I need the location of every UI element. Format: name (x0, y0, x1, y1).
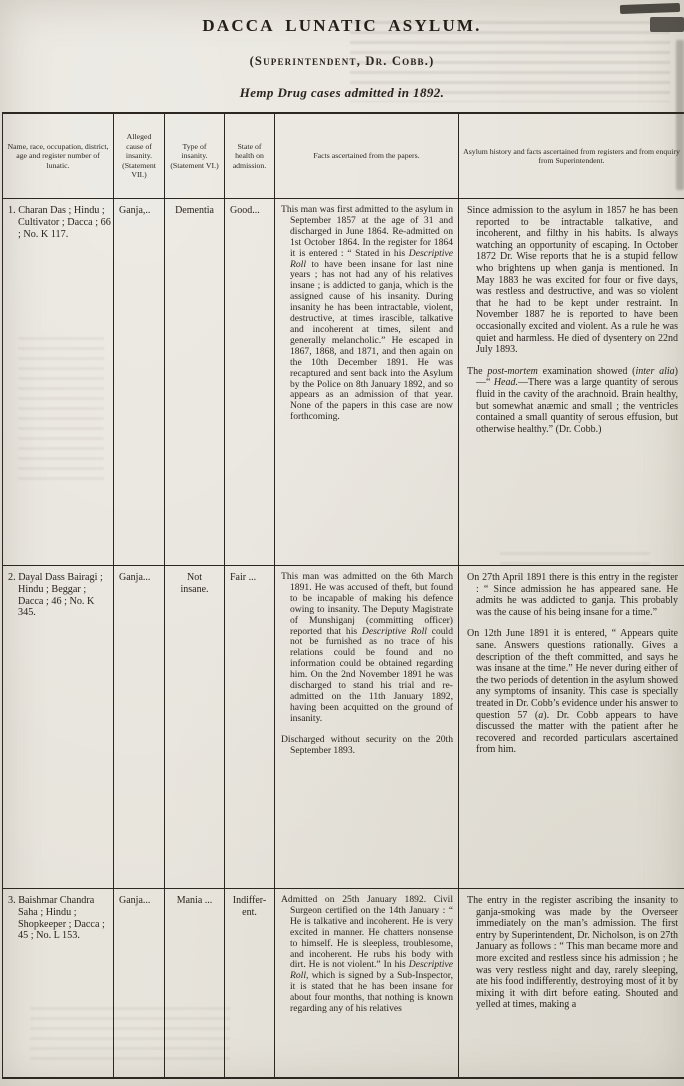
text-run: Discharged without security on the 20th … (281, 734, 453, 756)
cell-facts: Admitted on 25th January 1892. Civil Sur… (275, 889, 459, 1077)
cell-cause: Ganja... (114, 889, 165, 1077)
table-row-case-3: 3. Baishmar Chandra Saha ; Hindu ; Shopk… (3, 889, 684, 1077)
cell-facts: This man was first admitted to the asylu… (275, 199, 459, 565)
cell-type: Not insane. (165, 566, 225, 888)
case-table: Name, race, occupation, district, age an… (2, 112, 684, 1079)
cell-cause: Ganja,.. (114, 199, 165, 565)
italic-text: post-mortem (487, 366, 538, 377)
header-name-race-occupation: Name, race, occupation, district, age an… (3, 114, 114, 198)
header-asylum-history: Asylum history and facts ascertained fro… (459, 114, 684, 198)
header-facts-ascertained: Facts ascertained from the papers. (275, 114, 459, 198)
italic-text: inter alia (635, 366, 674, 377)
cell-name: 1. Charan Das ; Hindu ; Cultivator ; Dac… (3, 199, 114, 565)
header-type-of-insanity: Type of insanity. (Statement VI.) (165, 114, 225, 198)
paragraph: The post-mortem examination showed (inte… (467, 366, 678, 436)
paragraph: This man was admitted on the 6th March 1… (281, 572, 453, 725)
header-alleged-cause: Alleged cause of insanity. (Statement VI… (114, 114, 165, 198)
text-run: Since admission to the asylum in 1857 he… (467, 205, 678, 355)
italic-text: Head. (494, 377, 518, 388)
text-run: , which is signed by a Sub-Inspector, it… (290, 970, 453, 1014)
cell-cause: Ganja... (114, 566, 165, 888)
text-run: to have been insane for last nine years … (290, 259, 453, 423)
italic-text: Descriptive Roll (362, 626, 427, 637)
paragraph: Discharged without security on the 20th … (281, 735, 453, 757)
page-caption: Hemp Drug cases admitted in 1892. (0, 85, 684, 101)
table-row-case-1: 1. Charan Das ; Hindu ; Cultivator ; Dac… (3, 199, 684, 566)
cell-health: Indiffer- ent. (225, 889, 275, 1077)
paragraph: On 27th April 1891 there is this entry i… (467, 572, 678, 618)
paragraph: On 12th June 1891 it is entered, “ Appea… (467, 628, 678, 756)
page-subtitle: (Superintendent, Dr. Cobb.) (0, 54, 684, 69)
cell-name: 3. Baishmar Chandra Saha ; Hindu ; Shopk… (3, 889, 114, 1077)
header-state-of-health: State of health on admission. (225, 114, 275, 198)
cell-history: Since admission to the asylum in 1857 he… (459, 199, 684, 565)
page-title: DACCA LUNATIC ASYLUM. (0, 16, 684, 36)
table-header-row: Name, race, occupation, district, age an… (3, 114, 684, 199)
cell-type: Mania ... (165, 889, 225, 1077)
paragraph: The entry in the register ascribing the … (467, 895, 678, 1011)
text-run: could not be furnished as no trace of hi… (290, 626, 453, 724)
text-run: examination showed ( (538, 366, 636, 377)
text-run: On 27th April 1891 there is this entry i… (467, 572, 678, 618)
text-run: On 12th June 1891 it is entered, “ Appea… (467, 628, 678, 720)
cell-history: On 27th April 1891 there is this entry i… (459, 566, 684, 888)
cell-type: Dementia (165, 199, 225, 565)
document-header: DACCA LUNATIC ASYLUM. (Superintendent, D… (0, 0, 684, 101)
cell-health: Fair ... (225, 566, 275, 888)
text-run: The entry in the register ascribing the … (467, 895, 678, 1010)
cell-facts: This man was admitted on the 6th March 1… (275, 566, 459, 888)
cell-name: 2. Dayal Dass Bairagi ; Hindu ; Beggar ;… (3, 566, 114, 888)
text-run: The (467, 366, 487, 377)
paragraph: This man was first admitted to the asylu… (281, 205, 453, 423)
cell-history: The entry in the register ascribing the … (459, 889, 684, 1077)
cell-health: Good... (225, 199, 275, 565)
paragraph: Since admission to the asylum in 1857 he… (467, 205, 678, 356)
scanned-page: DACCA LUNATIC ASYLUM. (Superintendent, D… (0, 0, 684, 1086)
table-row-case-2: 2. Dayal Dass Bairagi ; Hindu ; Beggar ;… (3, 566, 684, 889)
paragraph: Admitted on 25th January 1892. Civil Sur… (281, 895, 453, 1015)
